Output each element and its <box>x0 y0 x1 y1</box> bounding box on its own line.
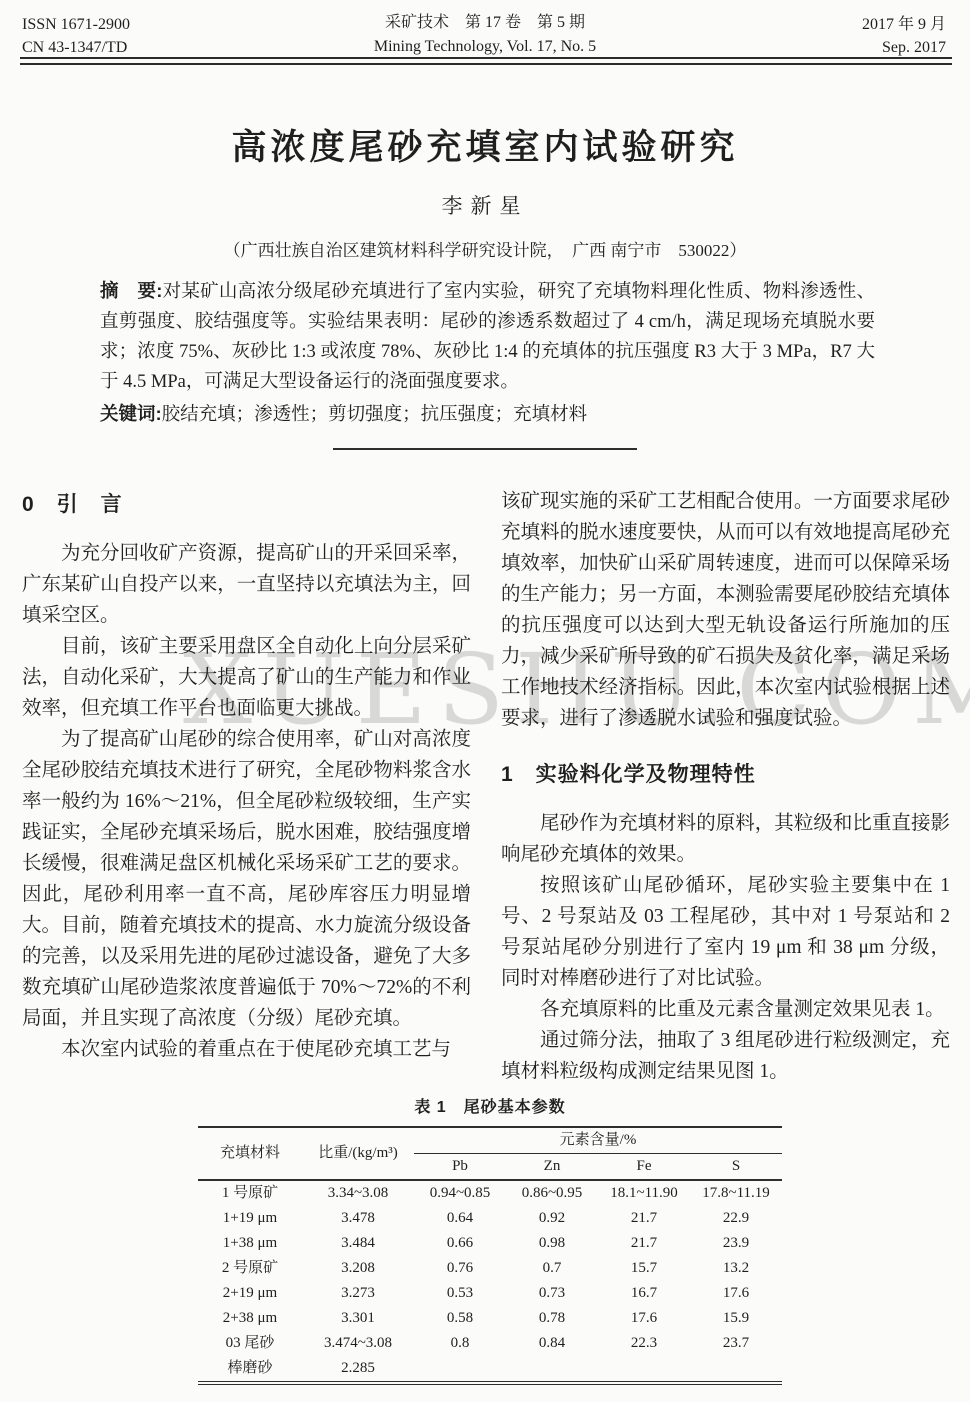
table-row: 棒磨砂2.285 <box>198 1356 782 1383</box>
section-1-paragraph-2: 按照该矿山尾砂循环，尾砂实验主要集中在 1 号、2 号泵站及 03 工程尾砂，其… <box>501 870 950 994</box>
intro-paragraph-3: 为了提高矿山尾砂的综合使用率，矿山对高浓度全尾砂胶结充填技术进行了研究，全尾砂物… <box>22 724 471 1034</box>
table-cell <box>690 1356 782 1383</box>
abstract-block: 摘 要:对某矿山高浓分级尾砂充填进行了室内实验，研究了充填物料理化性质、物料渗透… <box>100 276 875 430</box>
table-row: 2+19 μm3.2730.530.7316.717.6 <box>198 1281 782 1306</box>
table-cell: 0.98 <box>506 1231 598 1256</box>
table-cell: 0.86~0.95 <box>506 1180 598 1206</box>
table-cell: 2.285 <box>302 1356 414 1383</box>
table-cell <box>598 1356 690 1383</box>
table-1-col-s: S <box>690 1154 782 1181</box>
table-cell: 0.92 <box>506 1206 598 1231</box>
table-cell: 3.273 <box>302 1281 414 1306</box>
table-1-col-density: 比重/(kg/m³) <box>302 1127 414 1180</box>
section-0-heading: 0 引 言 <box>22 488 471 518</box>
table-cell: 1+38 μm <box>198 1231 302 1256</box>
table-cell: 0.58 <box>414 1306 506 1331</box>
author-affiliation: （广西壮族自治区建筑材料科学研究设计院， 广西 南宁市 530022） <box>0 236 970 261</box>
table-1-col-material: 充填材料 <box>198 1127 302 1180</box>
table-cell: 0.76 <box>414 1256 506 1281</box>
table-cell: 17.6 <box>690 1281 782 1306</box>
table-cell: 0.7 <box>506 1256 598 1281</box>
table-1-col-fe: Fe <box>598 1154 690 1181</box>
table-row: 03 尾砂3.474~3.080.80.8422.323.7 <box>198 1331 782 1356</box>
table-cell: 2 号原矿 <box>198 1256 302 1281</box>
table-row: 1+38 μm3.4840.660.9821.723.9 <box>198 1231 782 1256</box>
table-cell: 1 号原矿 <box>198 1180 302 1206</box>
table-cell: 18.1~11.90 <box>598 1180 690 1206</box>
table-1: 充填材料 比重/(kg/m³) 元素含量/% Pb Zn Fe S 1 号原矿3… <box>198 1126 782 1385</box>
table-cell: 0.64 <box>414 1206 506 1231</box>
table-cell: 0.84 <box>506 1331 598 1356</box>
table-cell: 3.34~3.08 <box>302 1180 414 1206</box>
table-cell: 3.208 <box>302 1256 414 1281</box>
table-cell: 15.7 <box>598 1256 690 1281</box>
table-cell: 0.73 <box>506 1281 598 1306</box>
section-1-paragraph-1: 尾砂作为充填材料的原料，其粒级和比重直接影响尾砂充填体的效果。 <box>501 808 950 870</box>
table-cell: 3.478 <box>302 1206 414 1231</box>
journal-header-right: 2017 年 9 月 Sep. 2017 <box>862 13 946 59</box>
table-row: 2+38 μm3.3010.580.7817.615.9 <box>198 1306 782 1331</box>
table-cell: 3.484 <box>302 1231 414 1256</box>
table-cell: 21.7 <box>598 1206 690 1231</box>
right-column: 该矿现实施的采矿工艺相配合使用。一方面要求尾砂充填料的脱水速度要快，从而可以有效… <box>501 486 950 1087</box>
table-cell: 2+19 μm <box>198 1281 302 1306</box>
table-cell: 0.53 <box>414 1281 506 1306</box>
table-cell: 03 尾砂 <box>198 1331 302 1356</box>
intro-paragraph-4: 本次室内试验的着重点在于使尾砂充填工艺与 <box>22 1034 471 1065</box>
table-cell: 22.9 <box>690 1206 782 1231</box>
table-cell: 3.301 <box>302 1306 414 1331</box>
section-1-paragraph-3: 各充填原料的比重及元素含量测定效果见表 1。 <box>501 994 950 1025</box>
section-1-paragraph-4: 通过筛分法，抽取了 3 组尾砂进行粒级测定，充填材料粒级构成测定结果见图 1。 <box>501 1025 950 1087</box>
table-cell: 21.7 <box>598 1231 690 1256</box>
table-cell: 17.6 <box>598 1306 690 1331</box>
abstract-paragraph: 摘 要:对某矿山高浓分级尾砂充填进行了室内实验，研究了充填物料理化性质、物料渗透… <box>100 276 875 397</box>
table-cell: 23.9 <box>690 1231 782 1256</box>
table-cell: 0.94~0.85 <box>414 1180 506 1206</box>
abstract-label: 摘 要: <box>100 280 162 301</box>
table-cell: 2+38 μm <box>198 1306 302 1331</box>
issue-date-cn: 2017 年 9 月 <box>862 13 946 36</box>
header-double-rule <box>20 57 952 65</box>
author-name: 李新星 <box>0 190 970 220</box>
table-row: 1+19 μm3.4780.640.9221.722.9 <box>198 1206 782 1231</box>
table-1-block: 表 1 尾砂基本参数 充填材料 比重/(kg/m³) 元素含量/% Pb Zn … <box>198 1094 782 1385</box>
table-row: 2 号原矿3.2080.760.715.713.2 <box>198 1256 782 1281</box>
keywords-paragraph: 关键词:胶结充填；渗透性；剪切强度；抗压强度；充填材料 <box>100 399 875 430</box>
table-cell: 0.78 <box>506 1306 598 1331</box>
table-1-col-elements: 元素含量/% <box>414 1127 782 1154</box>
table-1-col-zn: Zn <box>506 1154 598 1181</box>
table-cell <box>506 1356 598 1383</box>
keywords-text: 胶结充填；渗透性；剪切强度；抗压强度；充填材料 <box>162 405 588 425</box>
table-1-title: 表 1 尾砂基本参数 <box>198 1094 782 1117</box>
keywords-label: 关键词: <box>100 403 162 424</box>
intro-paragraph-2: 目前，该矿主要采用盘区全自动化上向分层采矿法，自动化采矿，大大提高了矿山的生产能… <box>22 631 471 724</box>
issue-date-en: Sep. 2017 <box>862 36 946 59</box>
table-cell: 15.9 <box>690 1306 782 1331</box>
table-row: 1 号原矿3.34~3.080.94~0.850.86~0.9518.1~11.… <box>198 1180 782 1206</box>
table-cell: 3.474~3.08 <box>302 1331 414 1356</box>
intro-paragraph-1: 为充分回收矿产资源，提高矿山的开采回采率，广东某矿山自投产以来，一直坚持以充填法… <box>22 538 471 631</box>
table-cell: 22.3 <box>598 1331 690 1356</box>
table-cell: 23.7 <box>690 1331 782 1356</box>
table-cell: 棒磨砂 <box>198 1356 302 1383</box>
table-cell: 16.7 <box>598 1281 690 1306</box>
abstract-text: 对某矿山高浓分级尾砂充填进行了室内实验，研究了充填物料理化性质、物料渗透性、直剪… <box>100 282 875 392</box>
table-cell: 13.2 <box>690 1256 782 1281</box>
journal-title-cn: 采矿技术 第 17 卷 第 5 期 <box>0 11 970 35</box>
abstract-divider-rule <box>333 448 637 450</box>
table-cell: 0.66 <box>414 1231 506 1256</box>
intro-paragraph-4-continuation: 该矿现实施的采矿工艺相配合使用。一方面要求尾砂充填料的脱水速度要快，从而可以有效… <box>501 486 950 734</box>
article-title: 高浓度尾砂充填室内试验研究 <box>0 120 970 170</box>
table-1-col-pb: Pb <box>414 1154 506 1181</box>
table-cell <box>414 1356 506 1383</box>
table-cell: 1+19 μm <box>198 1206 302 1231</box>
section-1-heading: 1 实验料化学及物理特性 <box>501 758 950 788</box>
journal-title-en: Mining Technology, Vol. 17, No. 5 <box>0 35 970 59</box>
scanned-paper-page: XUESHU.COM ISSN 1671-2900 CN 43-1347/TD … <box>0 0 970 1402</box>
journal-header-center: 采矿技术 第 17 卷 第 5 期 Mining Technology, Vol… <box>0 11 970 59</box>
left-column: 0 引 言 为充分回收矿产资源，提高矿山的开采回采率，广东某矿山自投产以来，一直… <box>22 486 471 1065</box>
table-cell: 0.8 <box>414 1331 506 1356</box>
table-cell: 17.8~11.19 <box>690 1180 782 1206</box>
